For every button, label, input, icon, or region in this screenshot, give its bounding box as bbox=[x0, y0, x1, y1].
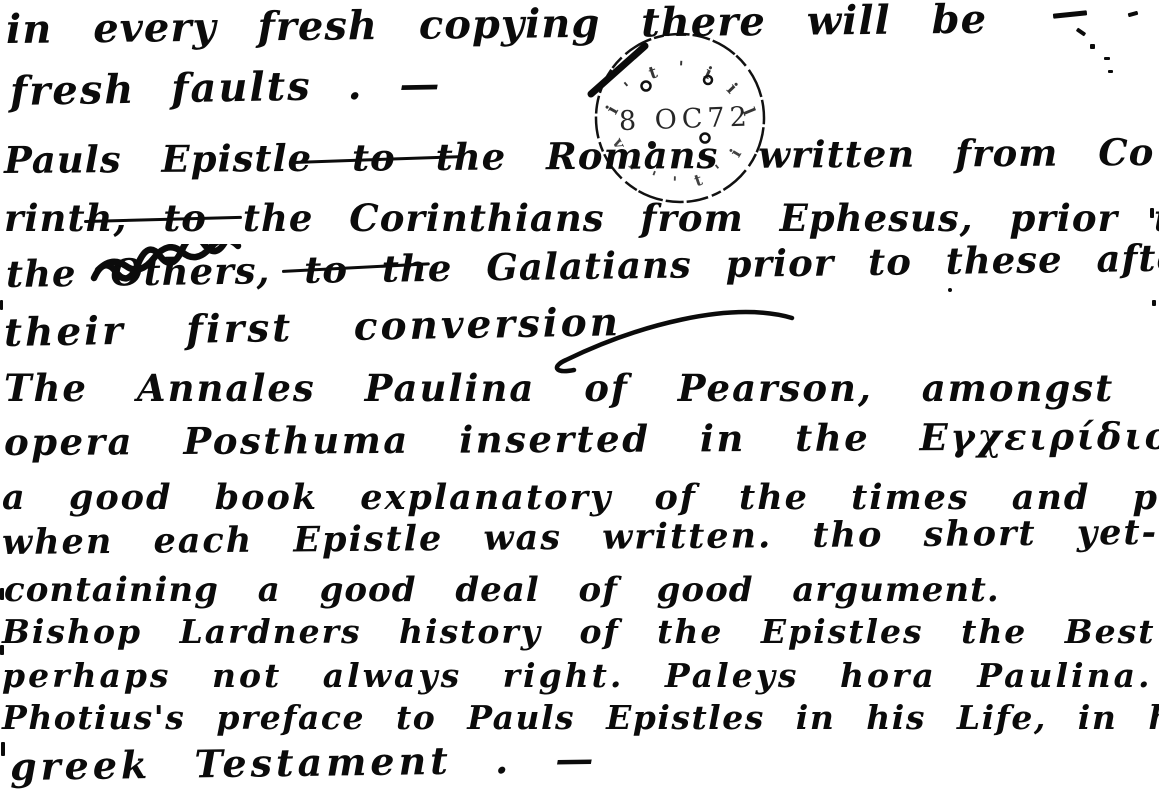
handwriting-line: a good book explanatory of the times and… bbox=[2, 477, 1159, 518]
handwriting-line: fresh faults . — bbox=[10, 60, 442, 115]
ink-speck bbox=[1108, 70, 1113, 73]
ink-speck bbox=[0, 588, 4, 600]
ink-speck bbox=[1152, 300, 1156, 306]
ink-speck bbox=[0, 300, 3, 310]
ink-speck bbox=[1053, 10, 1087, 19]
ink-speck bbox=[1, 742, 5, 756]
handwriting-line: Pauls Epistle to the Romans written from… bbox=[4, 130, 1155, 182]
ink-speck bbox=[1104, 57, 1110, 60]
ink-speck bbox=[0, 645, 4, 655]
handwriting-line: containing a good deal of good argument. bbox=[4, 570, 1000, 610]
ink-speck bbox=[1150, 208, 1154, 218]
handwriting-line: The Annales Paulina of Pearson, amongst … bbox=[4, 366, 1159, 410]
postmark-date: 8 OC72 bbox=[618, 102, 752, 138]
handwriting-line: perhaps not always right. Paleys hora Pa… bbox=[2, 656, 1152, 695]
handwriting-line: Photius's preface to Pauls Epistles in h… bbox=[2, 698, 1159, 737]
ink-speck bbox=[1090, 44, 1095, 49]
handwriting-line: opera Posthuma inserted in the Εγχειρίδι… bbox=[4, 414, 1159, 464]
ink-speck bbox=[948, 288, 952, 292]
handwriting-line: the Others, to the Galatians prior to th… bbox=[6, 235, 1159, 296]
handwriting-line: greek Testament . — bbox=[10, 736, 598, 789]
handwriting-line: Bishop Lardners history of the Epistles … bbox=[2, 612, 1159, 651]
handwriting-line: when each Epistle was written. tho short… bbox=[2, 512, 1158, 563]
ink-speck bbox=[1128, 11, 1139, 17]
postmark-stamp: i ' t ' i i l v i ' ' t ' i 8 OC72 bbox=[583, 28, 779, 210]
ink-speck bbox=[1076, 27, 1086, 36]
handwriting-line: their first conversion bbox=[4, 299, 622, 356]
manuscript-page: i ' t ' i i l v i ' ' t ' i 8 OC72 in ev… bbox=[0, 0, 1159, 800]
handwriting-line: in every fresh copying there will be bbox=[6, 0, 988, 53]
